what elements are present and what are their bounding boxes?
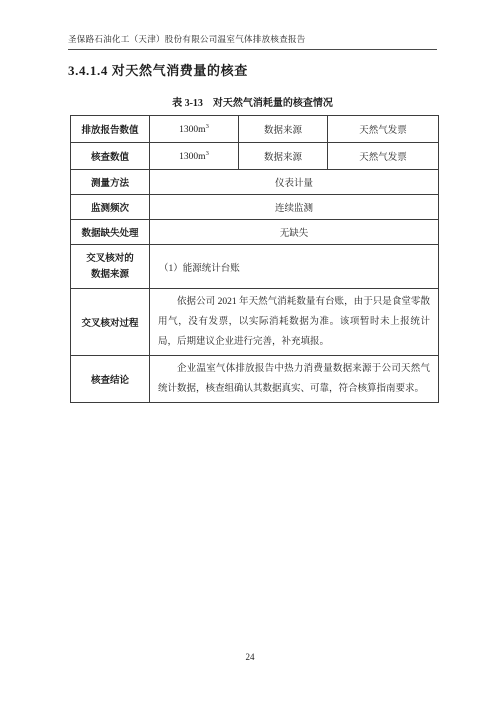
verified-value-superscript: 3	[206, 150, 209, 157]
report-value-superscript: 3	[206, 123, 209, 130]
page-number: 24	[0, 652, 500, 662]
report-value-text: 1300m	[179, 125, 205, 135]
missing-data-handling-label: 数据缺失处理	[71, 220, 150, 245]
report-value-source-label: 数据来源	[239, 116, 328, 143]
document-header: 圣保路石油化工（天津）股份有限公司温室气体排放核查报告	[68, 33, 437, 50]
report-value-cell: 1300m3	[150, 116, 239, 143]
conclusion-label: 核查结论	[71, 356, 150, 403]
cross-check-process-label: 交叉核对过程	[71, 289, 150, 356]
section-heading: 3.4.1.4 对天然气消费量的核查	[68, 60, 248, 79]
conclusion-value: 企业温室气体排放报告中热力消费量数据来源于公司天然气统计数据，核查组确认其数据真…	[150, 356, 439, 403]
verified-value-cell: 1300m3	[150, 143, 239, 170]
measurement-method-value: 仪表计量	[150, 170, 439, 195]
table-row-measurement-method: 测量方法 仪表计量	[71, 170, 439, 195]
table-row-cross-check-process: 交叉核对过程 依据公司 2021 年天然气消耗数量有台账，由于只是食堂零散用气，…	[71, 289, 439, 356]
table-row-monitoring-frequency: 监测频次 连续监测	[71, 195, 439, 220]
verified-value-source-label: 数据来源	[239, 143, 328, 170]
document-header-text: 圣保路石油化工（天津）股份有限公司温室气体排放核查报告	[68, 34, 306, 44]
monitoring-frequency-label: 监测频次	[71, 195, 150, 220]
measurement-method-label: 测量方法	[71, 170, 150, 195]
table-row-report-value: 排放报告数值 1300m3 数据来源 天然气发票	[71, 116, 439, 143]
missing-data-handling-value: 无缺失	[150, 220, 439, 245]
cross-check-process-value: 依据公司 2021 年天然气消耗数量有台账，由于只是食堂零散用气，没有发票，以实…	[150, 289, 439, 356]
cross-check-sources-label: 交叉核对的 数据来源	[71, 245, 150, 289]
report-value-label: 排放报告数值	[71, 116, 150, 143]
cross-check-sources-label-line2: 数据来源	[76, 267, 144, 283]
table-row-verified-value: 核查数值 1300m3 数据来源 天然气发票	[71, 143, 439, 170]
cross-check-sources-label-line1: 交叉核对的	[76, 251, 144, 267]
verification-table: 排放报告数值 1300m3 数据来源 天然气发票 核查数值 1300m3 数据来…	[70, 115, 439, 403]
verified-value-text: 1300m	[179, 152, 205, 162]
table-caption: 表 3-13 对天然气消耗量的核查情况	[68, 94, 437, 109]
document-page: 圣保路石油化工（天津）股份有限公司温室气体排放核查报告 3.4.1.4 对天然气…	[0, 0, 500, 707]
verified-value-label: 核查数值	[71, 143, 150, 170]
verified-value-source-value: 天然气发票	[328, 143, 439, 170]
report-value-source-value: 天然气发票	[328, 116, 439, 143]
monitoring-frequency-value: 连续监测	[150, 195, 439, 220]
table-row-conclusion: 核查结论 企业温室气体排放报告中热力消费量数据来源于公司天然气统计数据，核查组确…	[71, 356, 439, 403]
cross-check-sources-value: （1）能源统计台账	[150, 245, 439, 289]
table-row-cross-check-sources: 交叉核对的 数据来源 （1）能源统计台账	[71, 245, 439, 289]
table-row-missing-data-handling: 数据缺失处理 无缺失	[71, 220, 439, 245]
